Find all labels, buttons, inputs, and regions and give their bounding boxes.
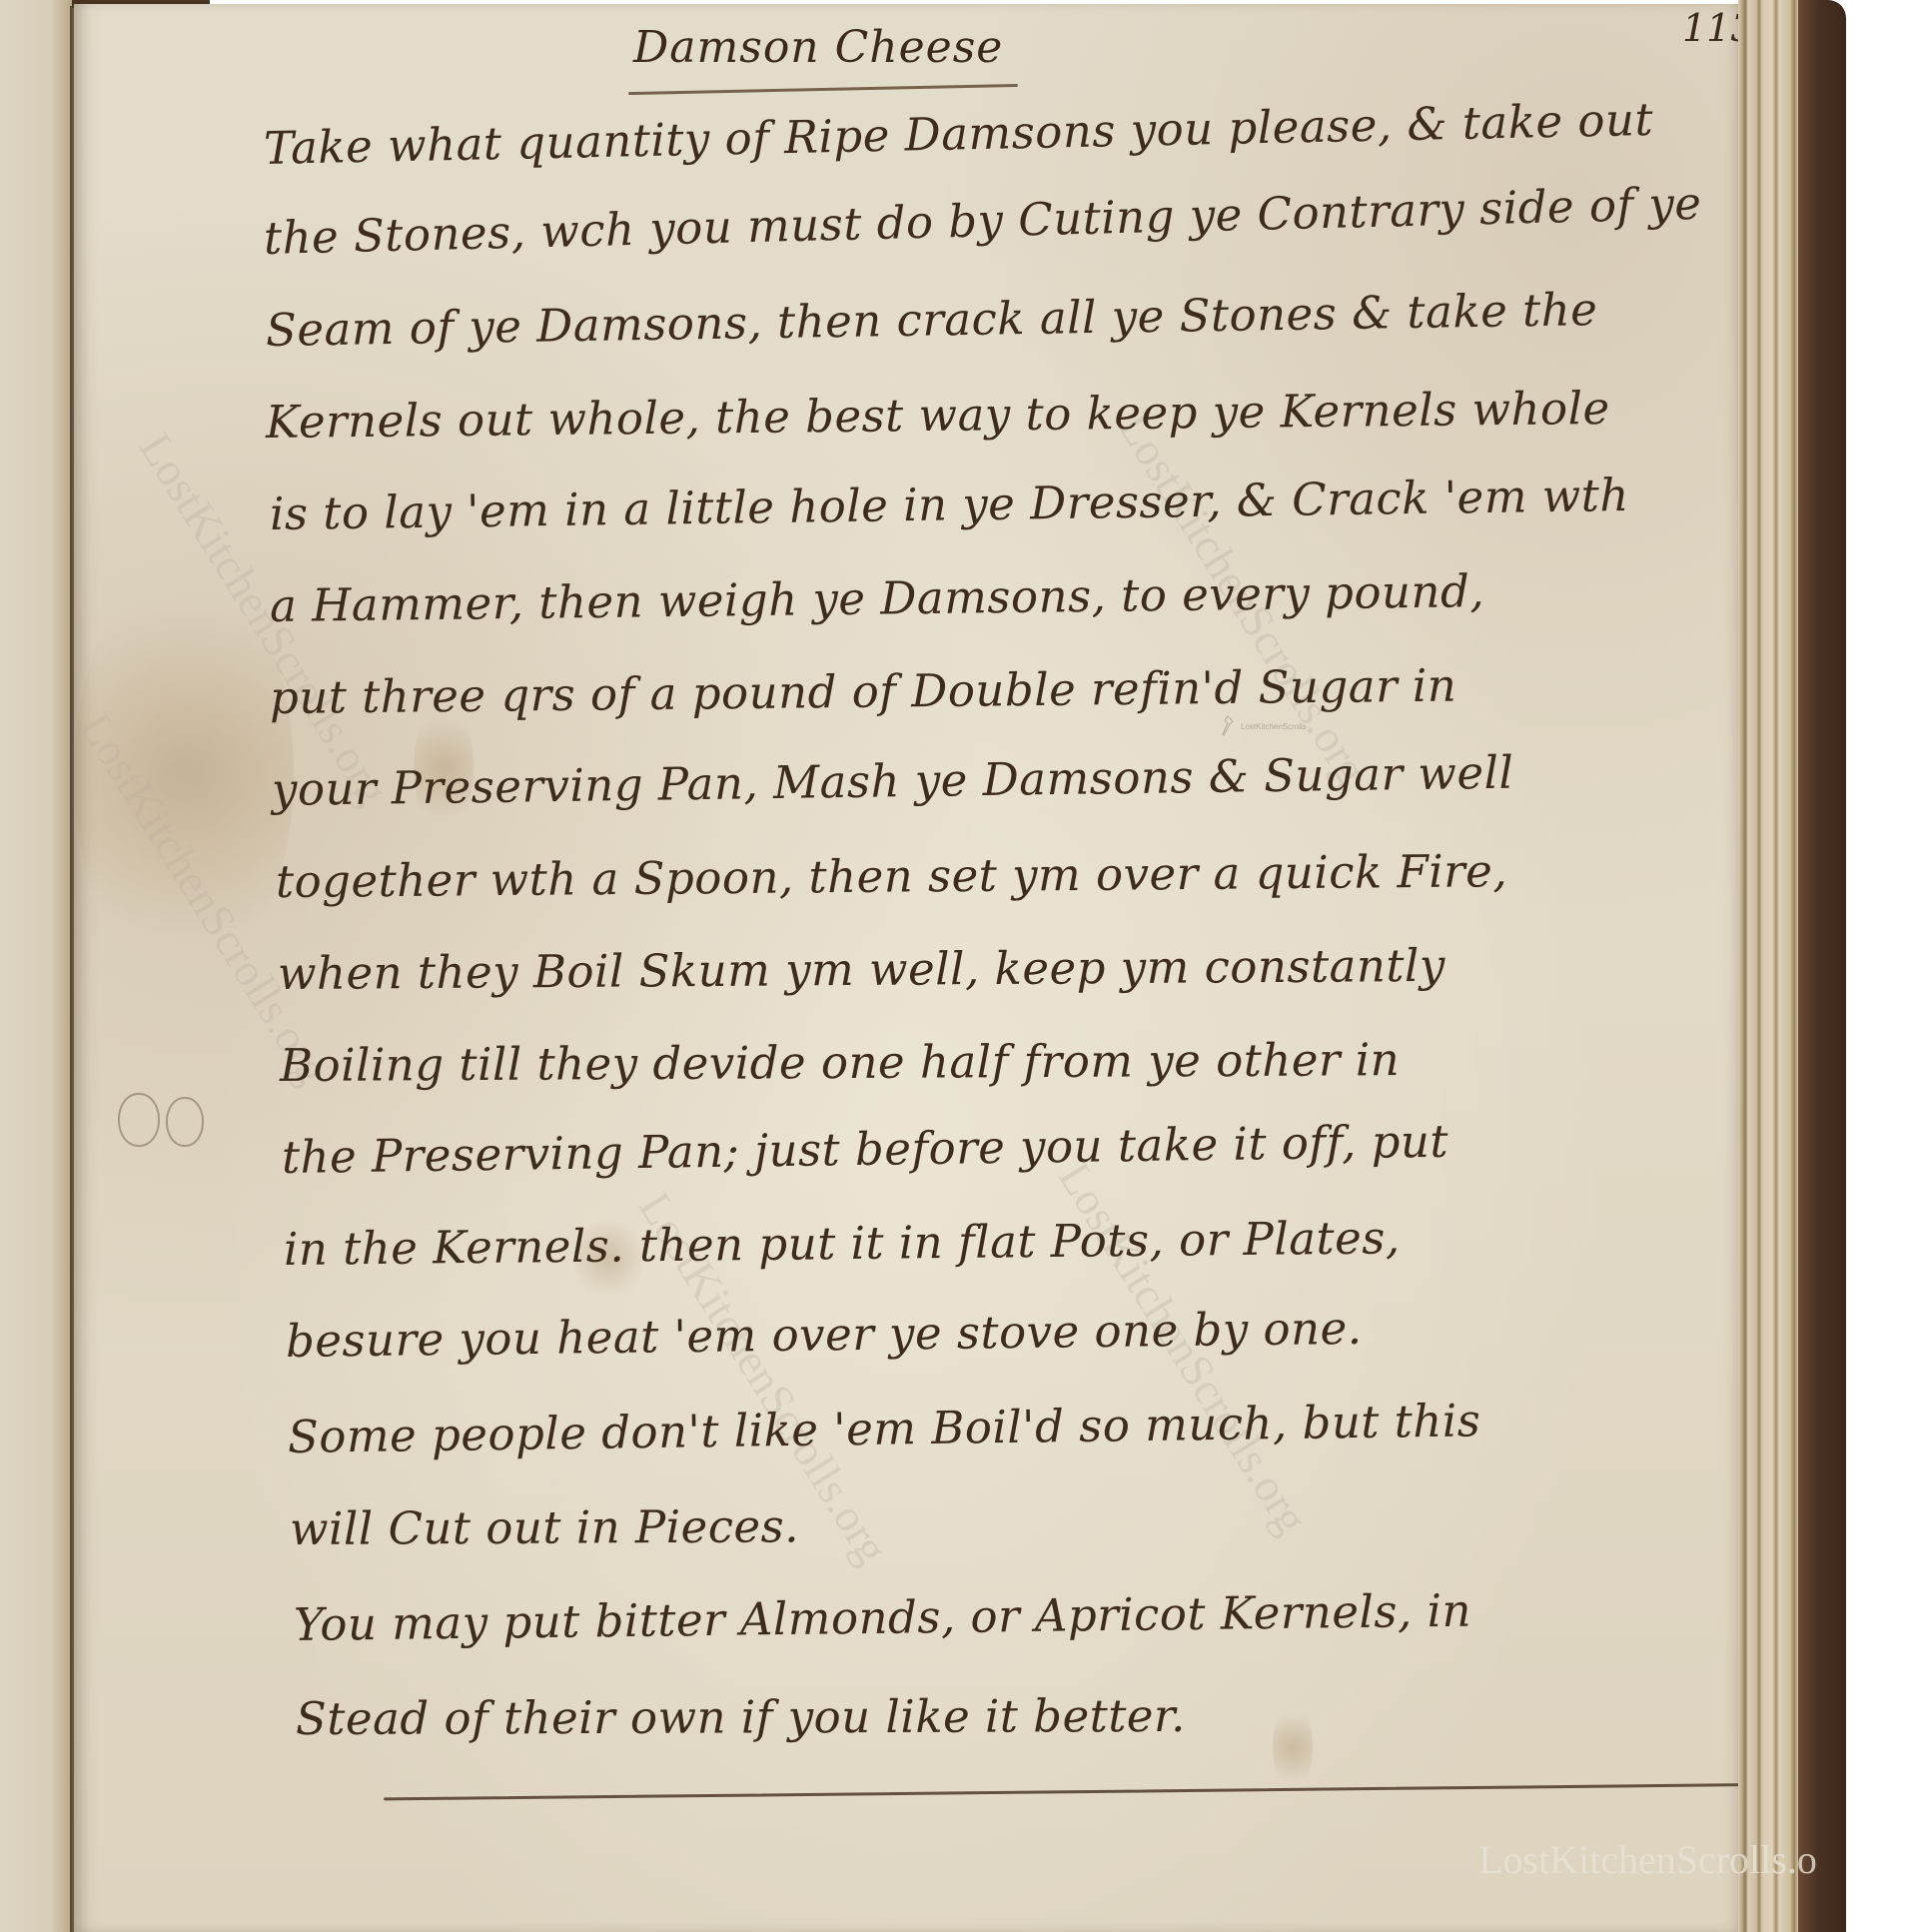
manuscript-scan: LostKitchenScrolls.org LostKitchenScroll… — [0, 0, 1918, 1932]
page-stain — [74, 563, 294, 983]
water-ring-stain — [166, 1097, 204, 1147]
recipe-line: when they Boil Skum ym well, keep ym con… — [278, 939, 1445, 1000]
recipe-line: the Stones, wch you must do by Cuting ye… — [263, 177, 1702, 265]
recipe-line: Take what quantity of Ripe Damsons you p… — [263, 93, 1653, 175]
end-of-recipe-rule — [384, 1783, 1797, 1801]
recipe-line: besure you heat 'em over ye stove one by… — [286, 1302, 1363, 1368]
book-cover-edge — [1798, 0, 1846, 1932]
stamp-text: LostKitchenScrolls — [1241, 722, 1307, 731]
recipe-line: Kernels out whole, the best way to keep … — [266, 382, 1610, 449]
recipe-line: will Cut out in Pieces. — [290, 1499, 799, 1555]
pen-nib-icon — [1221, 715, 1235, 737]
left-page-edge — [0, 0, 72, 1932]
recipe-line: Stead of their own if you like it better… — [296, 1689, 1186, 1745]
book-gutter — [70, 6, 74, 1932]
recipe-line: a Hammer, then weigh ye Damsons, to ever… — [270, 564, 1485, 632]
title-underline — [628, 84, 1018, 95]
page-stain — [1273, 1702, 1313, 1792]
recipe-title: Damson Cheese — [633, 22, 1003, 73]
collection-stamp: LostKitchenScrolls — [1221, 715, 1307, 737]
recipe-line: in the Kernels. then put it in flat Pots… — [284, 1211, 1401, 1276]
recipe-line: Some people don't like 'em Boil'd so muc… — [288, 1394, 1481, 1463]
recipe-line: Seam of ye Damsons, then crack all ye St… — [266, 283, 1598, 357]
recipe-line: is to lay 'em in a little hole in ye Dre… — [270, 469, 1630, 540]
page-fore-edge — [1738, 0, 1804, 1932]
recipe-line: the Preserving Pan; just before you take… — [282, 1115, 1449, 1184]
water-ring-stain — [118, 1093, 160, 1147]
recipe-line: Boiling till they devide one half from y… — [280, 1033, 1400, 1092]
recipe-line: You may put bitter Almonds, or Apricot K… — [294, 1584, 1472, 1651]
manuscript-page: LostKitchenScrolls.org LostKitchenScroll… — [74, 4, 1740, 1932]
recipe-line: together wth a Spoon, then set ym over a… — [276, 844, 1508, 908]
